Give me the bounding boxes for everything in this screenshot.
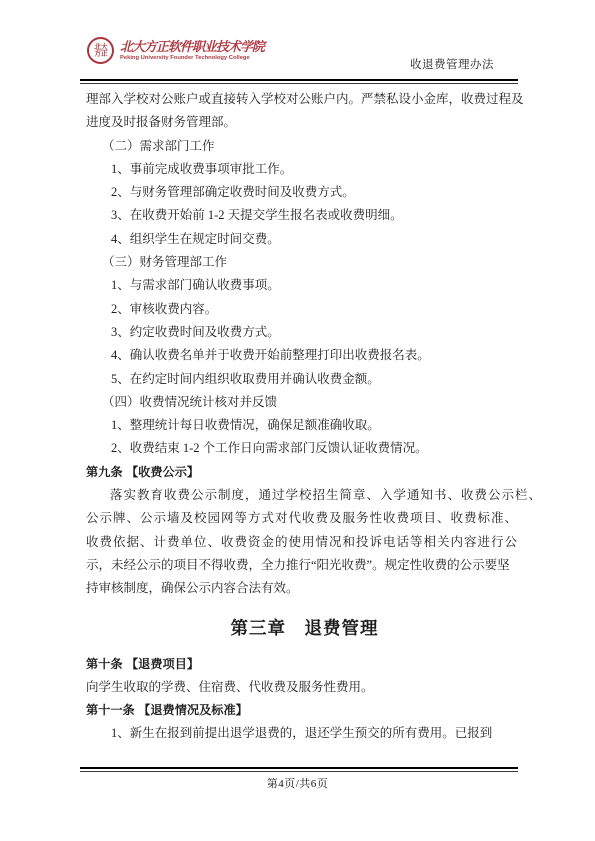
college-name-cn: 北大方正软件职业技术学院 [120, 40, 340, 54]
body-line: 3、约定收费时间及收费方式。 [86, 321, 523, 344]
body-line: 4、确认收费名单并于收费开始前整理打印出收费报名表。 [86, 344, 523, 367]
page-number: 第4页/共6页 [0, 775, 595, 791]
header-rule [80, 79, 518, 84]
article-heading: 第九条 【收费公示】 [86, 461, 523, 484]
body-line: （二）需求部门工作 [86, 135, 523, 158]
footer-rule-thin [80, 771, 518, 772]
body-line: 1、新生在报到前提出退学退费的，退还学生预交的所有费用。已报到 [86, 722, 523, 745]
body-line: 公示牌、公示墙及校园网等方式对代收费及服务性收费项目、收费标准、 [86, 507, 523, 530]
body-line: 收费依据、计费单位、收费资金的使用情况和投诉电话等相关内容进行公 [86, 531, 523, 554]
college-logo-text: 北大方正软件职业技术学院 Peking University Founder T… [120, 40, 340, 62]
body-line: 落实教育收费公示制度，通过学校招生简章、入学通知书、收费公示栏、 [86, 484, 523, 507]
header-rule-thin [80, 83, 518, 84]
body-line: 2、收费结束 1-2 个工作日向需求部门反馈认证收费情况。 [86, 437, 523, 460]
body-line: 2、与财务管理部确定收费时间及收费方式。 [86, 181, 523, 204]
body-line: 向学生收取的学费、住宿费、代收费及服务性费用。 [86, 676, 523, 699]
body-line: 1、与需求部门确认收费事项。 [86, 274, 523, 297]
footer-rule-thick [80, 767, 518, 769]
body-line: 进度及时报备财务管理部。 [86, 111, 523, 134]
college-name-en: Peking University Founder Technology Col… [120, 54, 340, 62]
header-rule-thick [80, 79, 518, 81]
document-page: 北大 方正 北大方正软件职业技术学院 Peking University Fou… [0, 0, 595, 841]
body-line: （四）收费情况统计核对并反馈 [86, 391, 523, 414]
body-line: 持审核制度，确保公示内容合法有效。 [86, 577, 523, 600]
body-line: 3、在收费开始前 1-2 天提交学生报名表或收费明细。 [86, 204, 523, 227]
footer-rule [80, 767, 518, 772]
body-line: 1、事前完成收费事项审批工作。 [86, 158, 523, 181]
body-line: 理部入学校对公账户或直接转入学校对公账户内。严禁私设小金库，收费过程及 [86, 88, 523, 111]
document-body: 理部入学校对公账户或直接转入学校对公账户内。严禁私设小金库，收费过程及进度及时报… [86, 88, 523, 746]
college-seal-text: 北大 方正 [94, 44, 107, 57]
body-line: 示，未经公示的项目不得收费，全力推行“阳光收费”。规定性收费的公示要坚 [86, 554, 523, 577]
body-line: 2、审核收费内容。 [86, 298, 523, 321]
body-line: （三）财务管理部工作 [86, 251, 523, 274]
seal-line2: 方正 [94, 51, 107, 58]
article-heading: 第十一条 【退费情况及标准】 [86, 699, 523, 722]
chapter-heading: 第三章 退费管理 [86, 613, 523, 643]
article-heading: 第十条 【退费项目】 [86, 653, 523, 676]
body-line: 4、组织学生在规定时间交费。 [86, 228, 523, 251]
college-seal-icon: 北大 方正 [87, 37, 114, 64]
body-line: 5、在约定时间内组织收取费用并确认收费金额。 [86, 368, 523, 391]
body-line: 1、整理统计每日收费情况，确保足额准确收取。 [86, 414, 523, 437]
document-title: 收退费管理办法 [410, 56, 494, 72]
